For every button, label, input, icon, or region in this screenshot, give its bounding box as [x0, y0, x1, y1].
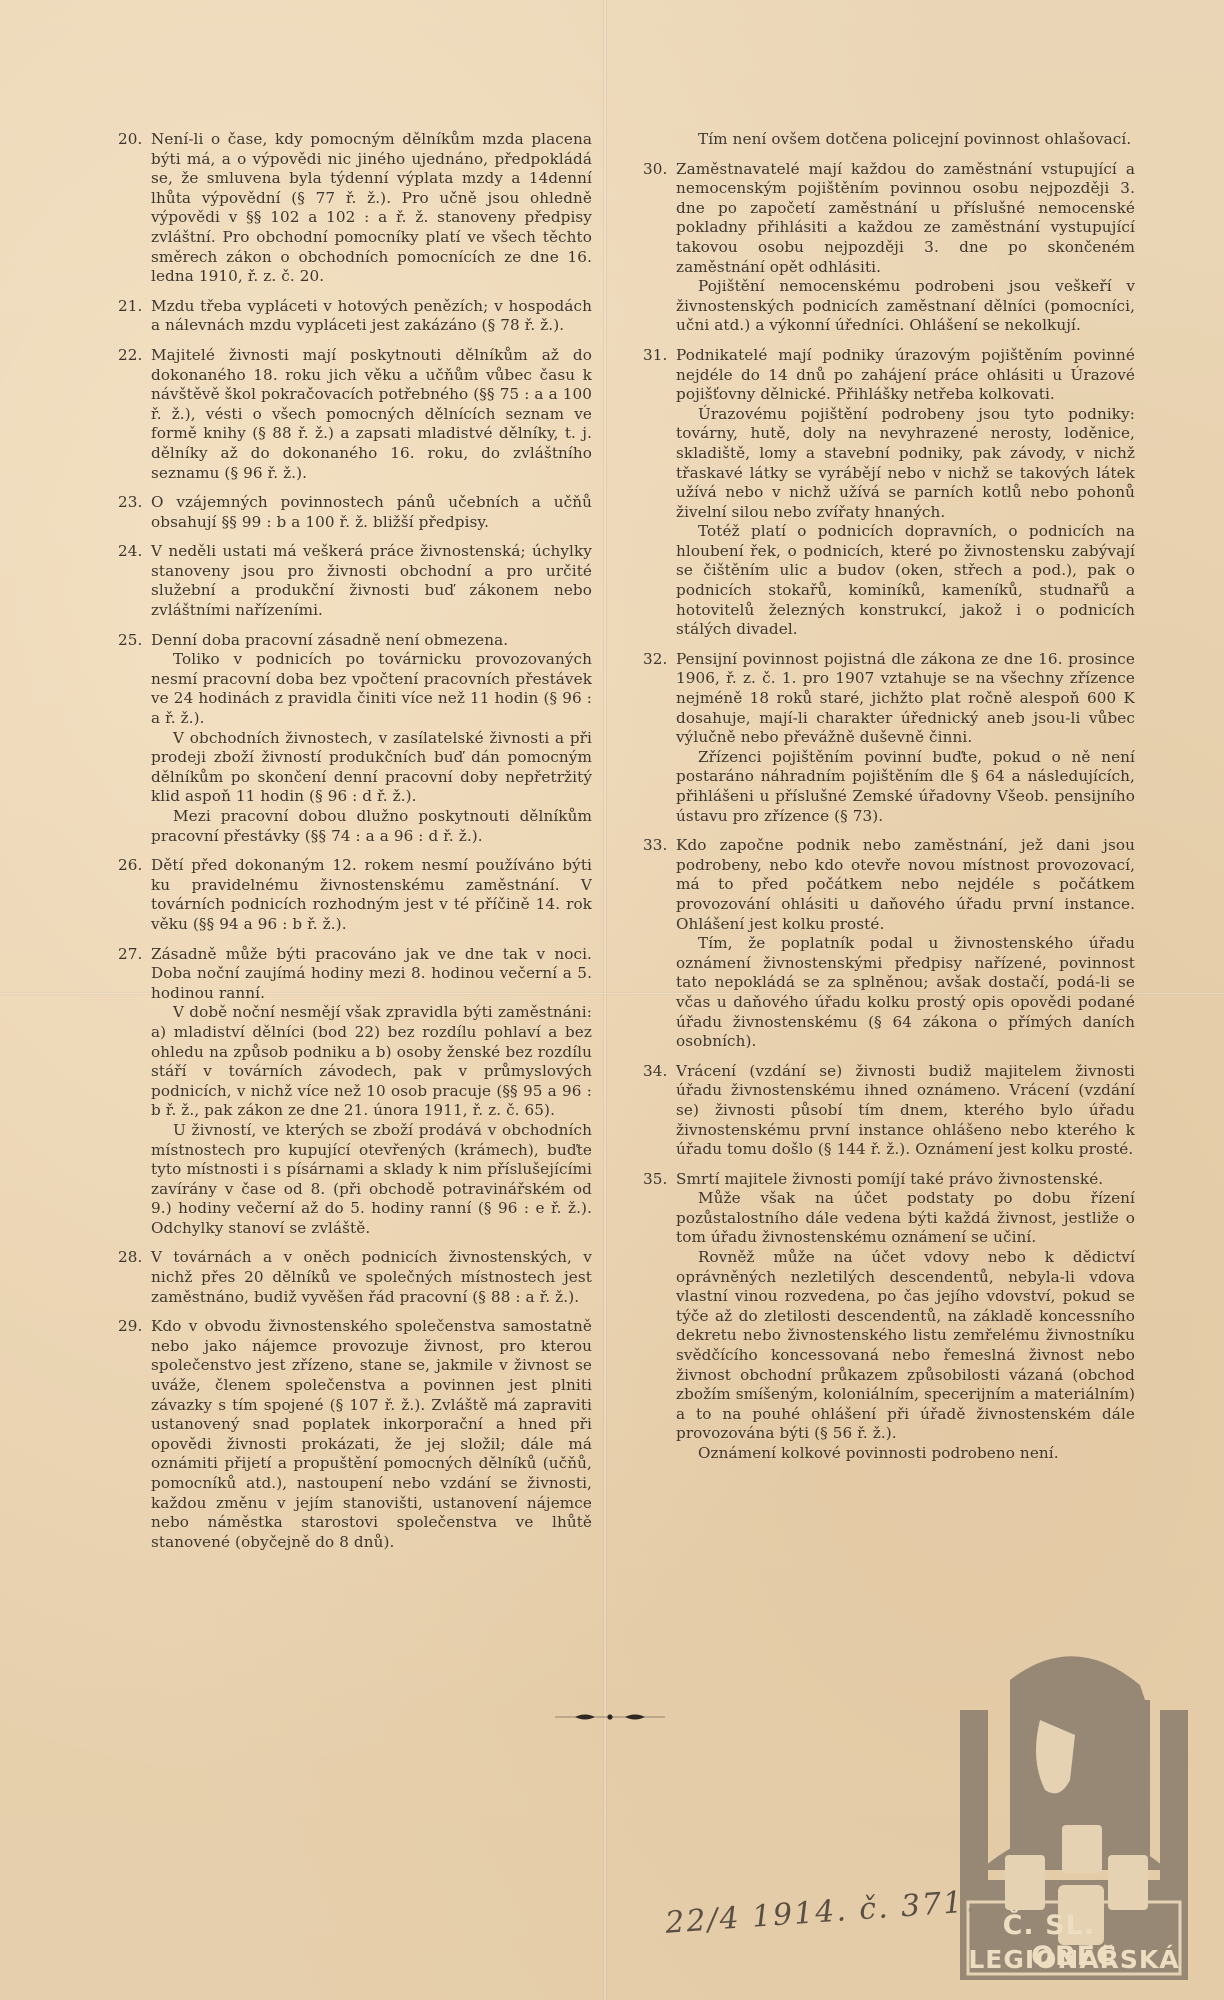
- section-paragraph: Kdo v obvodu živnostenského společenstva…: [151, 1317, 592, 1552]
- section-number: 24.: [118, 542, 142, 562]
- section-item: 22.Majitelé živnosti mají poskytnouti dě…: [118, 346, 592, 483]
- section-item: 26.Dětí před dokonaným 12. rokem nesmí p…: [118, 856, 592, 934]
- section-paragraph: Zřízenci pojištěním povinní buďte, pokud…: [676, 748, 1135, 826]
- section-item: 33.Kdo započne podnik nebo zaměstnání, j…: [643, 836, 1135, 1052]
- section-number: 20.: [118, 130, 142, 150]
- section-item: 29.Kdo v obvodu živnostenského společens…: [118, 1317, 592, 1552]
- section-item: 32.Pensijní povinnost pojistná dle zákon…: [643, 650, 1135, 826]
- section-number: 27.: [118, 945, 142, 965]
- section-number: 34.: [643, 1062, 667, 1082]
- section-paragraph: Mezi pracovní dobou dlužno poskytnouti d…: [151, 807, 592, 846]
- section-item: 24.V neděli ustati má veškerá práce živn…: [118, 542, 592, 620]
- section-number: 33.: [643, 836, 667, 856]
- section-paragraph: Totéž platí o podnicích dopravních, o po…: [676, 522, 1135, 640]
- section-paragraph: Není-li o čase, kdy pomocným dělníkům mz…: [151, 130, 592, 287]
- section-paragraph: Kdo započne podnik nebo zaměstnání, jež …: [676, 836, 1135, 934]
- section-number: 35.: [643, 1170, 667, 1190]
- section-paragraph: Zaměstnavatelé mají každou do zaměstnání…: [676, 160, 1135, 278]
- ornament-divider-icon: [555, 1712, 665, 1722]
- section-paragraph: Podnikatelé mají podniky úrazovým pojišt…: [676, 346, 1135, 405]
- section-number: 28.: [118, 1248, 142, 1268]
- section-paragraph: V době noční nesmějí však zpravidla býti…: [151, 1003, 592, 1121]
- section-item: 21.Mzdu třeba vypláceti v hotových peněz…: [118, 297, 592, 336]
- section-paragraph: Smrtí majitele živnosti pomíjí také práv…: [676, 1170, 1135, 1190]
- section-number: 22.: [118, 346, 142, 366]
- section-number: 25.: [118, 631, 142, 651]
- section-item: 34.Vrácení (vzdání se) živnosti budiž ma…: [643, 1062, 1135, 1160]
- section-item: 35.Smrtí majitele živnosti pomíjí také p…: [643, 1170, 1135, 1464]
- section-number: 29.: [118, 1317, 142, 1337]
- left-column: 20.Není-li o čase, kdy pomocným dělníkům…: [118, 130, 592, 1562]
- section-paragraph: Denní doba pracovní zásadně není obmezen…: [151, 631, 592, 651]
- section-number: 30.: [643, 160, 667, 180]
- watermark-text-csl: Č. SL.: [1003, 1910, 1095, 1941]
- continuation-paragraph: Tím není ovšem dotčena policejní povinno…: [643, 130, 1135, 150]
- section-number: 32.: [643, 650, 667, 670]
- section-paragraph: V neděli ustati má veškerá práce živnost…: [151, 542, 592, 620]
- section-item: 25.Denní doba pracovní zásadně není obme…: [118, 631, 592, 847]
- section-paragraph: Pensijní povinnost pojistná dle zákona z…: [676, 650, 1135, 748]
- section-paragraph: Tím, že poplatník podal u živnostenského…: [676, 934, 1135, 1052]
- section-paragraph: V továrnách a v oněch podnicích živnoste…: [151, 1248, 592, 1307]
- section-item: 31.Podnikatelé mají podniky úrazovým poj…: [643, 346, 1135, 640]
- section-paragraph: Mzdu třeba vypláceti v hotových penězích…: [151, 297, 592, 336]
- right-column: Tím není ovšem dotčena policejní povinno…: [643, 130, 1135, 1474]
- section-paragraph: Dětí před dokonaným 12. rokem nesmí použ…: [151, 856, 592, 934]
- section-paragraph: Vrácení (vzdání se) živnosti budiž majit…: [676, 1062, 1135, 1160]
- section-paragraph: Oznámení kolkové povinnosti podrobeno ne…: [676, 1444, 1135, 1464]
- section-paragraph: Pojištění nemocenskému podrobeni jsou ve…: [676, 277, 1135, 336]
- section-item: 23.O vzájemných povinnostech pánů učební…: [118, 493, 592, 532]
- vertical-fold: [603, 0, 607, 2000]
- section-item: 27.Zásadně může býti pracováno jak ve dn…: [118, 945, 592, 1239]
- section-number: 21.: [118, 297, 142, 317]
- watermark-text-legionarska: LEGIONÁŘSKÁ: [964, 1945, 1184, 1974]
- section-number: 23.: [118, 493, 142, 513]
- section-paragraph: Může však na účet podstaty po dobu řízen…: [676, 1189, 1135, 1248]
- section-paragraph: Zásadně může býti pracováno jak ve dne t…: [151, 945, 592, 1004]
- section-paragraph: V obchodních živnostech, v zasílatelské …: [151, 729, 592, 807]
- section-item: 20.Není-li o čase, kdy pomocným dělníkům…: [118, 130, 592, 287]
- section-paragraph: Rovněž může na účet vdovy nebo k dědictv…: [676, 1248, 1135, 1444]
- section-paragraph: Úrazovému pojištění podrobeny jsou tyto …: [676, 405, 1135, 523]
- section-item: 28.V továrnách a v oněch podnicích živno…: [118, 1248, 592, 1307]
- section-paragraph: U živností, ve kterých se zboží prodává …: [151, 1121, 592, 1239]
- watermark-emblem: Č. SL. OBEC LEGIONÁŘSKÁ: [950, 1640, 1198, 1985]
- section-paragraph: O vzájemných povinnostech pánů učebních …: [151, 493, 592, 532]
- section-number: 31.: [643, 346, 667, 366]
- section-paragraph: Majitelé živnosti mají poskytnouti dělní…: [151, 346, 592, 483]
- section-paragraph: Toliko v podnicích po továrnicku provozo…: [151, 650, 592, 728]
- section-item: 30.Zaměstnavatelé mají každou do zaměstn…: [643, 160, 1135, 336]
- section-number: 26.: [118, 856, 142, 876]
